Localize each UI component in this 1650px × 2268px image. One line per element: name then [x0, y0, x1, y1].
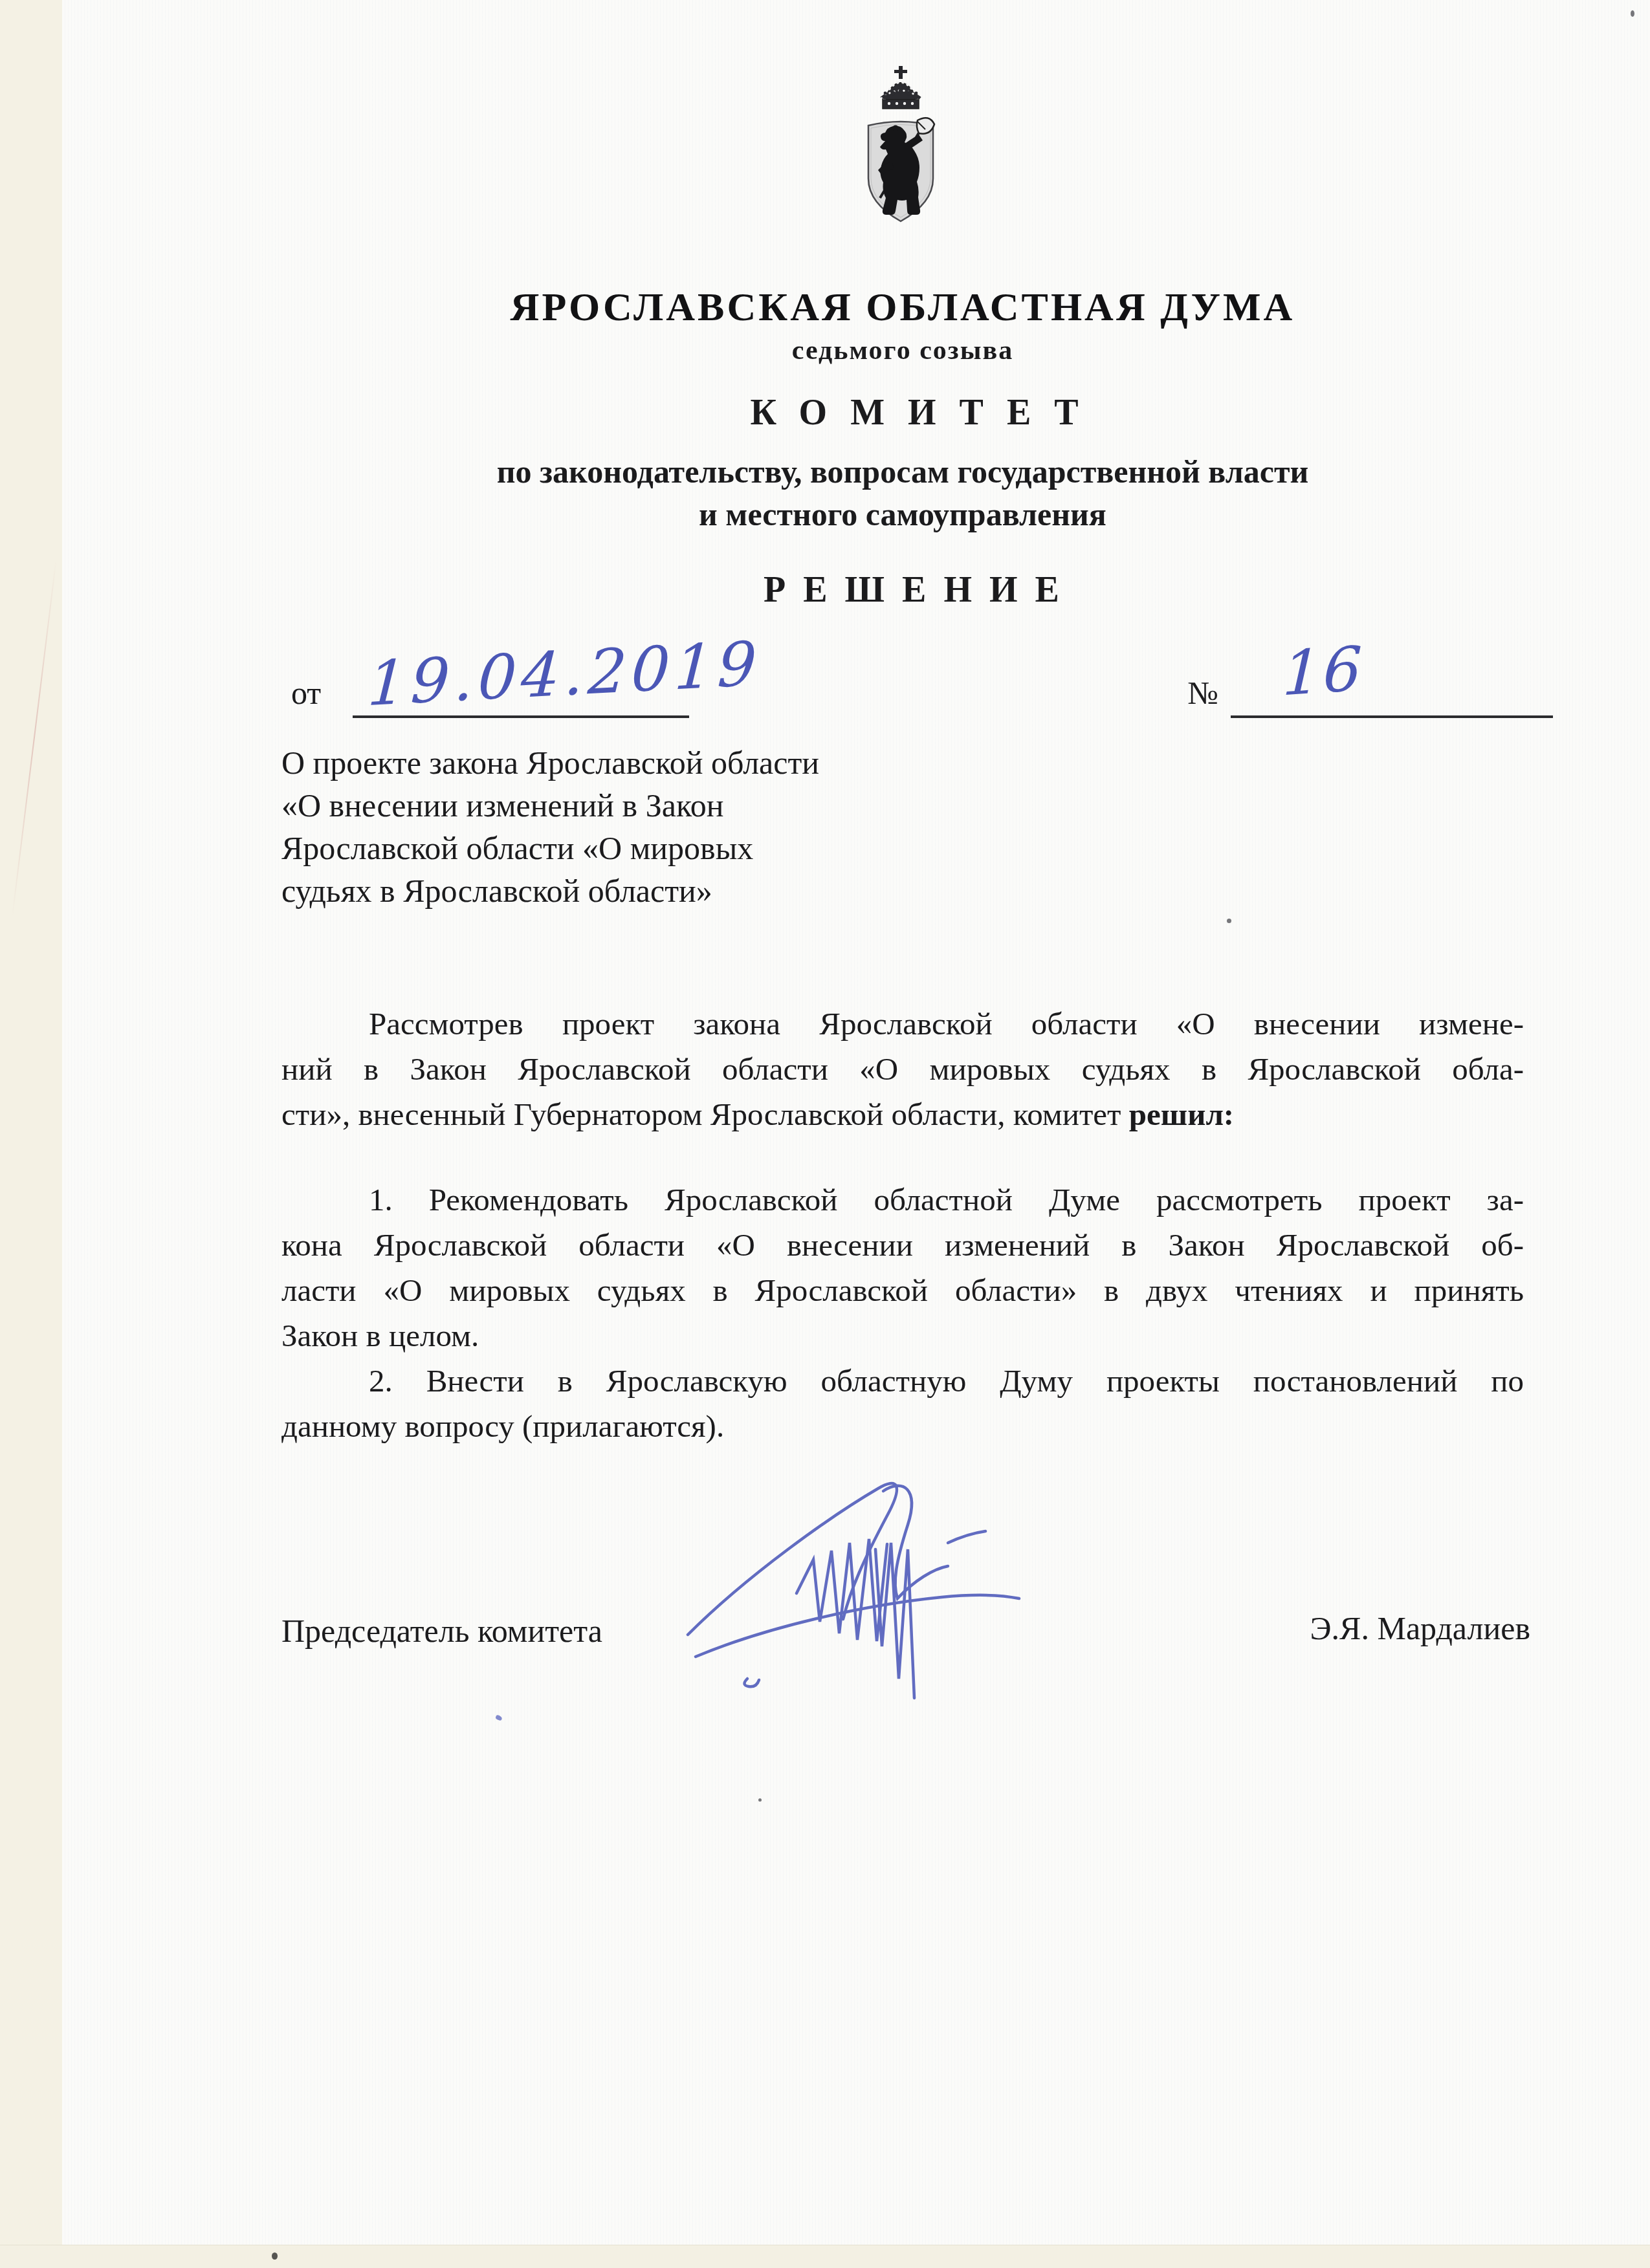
item1-line: ласти «О мировых судьях в Ярославской об… — [281, 1268, 1524, 1313]
committee-description-line2: и местного самоуправления — [281, 496, 1524, 533]
organization-title: ЯРОСЛАВСКАЯ ОБЛАСТНАЯ ДУМА — [281, 285, 1524, 331]
subject-line: Ярославской области «О мировых — [281, 827, 961, 869]
item1-line: Закон в целом. — [281, 1313, 1524, 1358]
scan-speck — [272, 2252, 278, 2260]
date-label: от — [291, 674, 321, 712]
body-line: Рассмотрев проект закона Ярославской обл… — [281, 1001, 1524, 1047]
yaroslavl-coat-of-arms-icon — [853, 65, 949, 232]
scan-speck — [495, 1714, 503, 1721]
signer-position-title: Председатель комитета — [281, 1612, 602, 1650]
handwritten-date: 19.04.2019 — [366, 629, 763, 720]
item2-line: 2. Внести в Ярославскую областную Думу п… — [281, 1358, 1524, 1404]
handwritten-number: 16 — [1281, 633, 1365, 710]
signer-name: Э.Я. Мардалиев — [1310, 1609, 1530, 1647]
document-type-heading: РЕШЕНИЕ — [281, 569, 1541, 611]
number-underline — [1231, 715, 1553, 718]
body-line: сти», внесенный Губернатором Ярославской… — [281, 1092, 1524, 1137]
scanner-edge-left — [0, 0, 62, 2268]
scanned-document-page: ЯРОСЛАВСКАЯ ОБЛАСТНАЯ ДУМА седьмого созы… — [0, 0, 1650, 2268]
number-label: № — [1187, 674, 1218, 712]
preamble-paragraph: Рассмотрев проект закона Ярославской обл… — [281, 1001, 1524, 1137]
handwritten-signature — [670, 1465, 1181, 1737]
item1-line: 1. Рекомендовать Ярославской областной Д… — [281, 1177, 1524, 1223]
subject-line: судьях в Ярославской области» — [281, 869, 961, 912]
committee-description-line1: по законодательству, вопросам государств… — [281, 453, 1524, 490]
resolved-keyword: решил: — [1129, 1096, 1234, 1132]
subject-line: О проекте закона Ярославской области — [281, 741, 961, 784]
subject-line: «О внесении изменений в Закон — [281, 784, 961, 827]
scan-speck — [758, 1798, 762, 1802]
body-line: ний в Закон Ярославской области «О миров… — [281, 1047, 1524, 1092]
convocation-subtitle: седьмого созыва — [281, 335, 1524, 366]
scan-speck — [1227, 919, 1231, 923]
scanner-edge-bottom — [0, 2245, 1650, 2268]
body-line-text: сти», внесенный Губернатором Ярославской… — [281, 1096, 1129, 1132]
scan-speck — [1631, 10, 1634, 17]
item1-line: кона Ярославской области «О внесении изм… — [281, 1223, 1524, 1268]
crown-icon — [881, 82, 920, 109]
crown-cross — [894, 66, 907, 79]
resolution-items: 1. Рекомендовать Ярославской областной Д… — [281, 1177, 1524, 1449]
item2-line: данному вопросу (прилагаются). — [281, 1404, 1524, 1449]
committee-heading: КОМИТЕТ — [281, 392, 1547, 433]
document-subject: О проекте закона Ярославской области «О … — [281, 741, 961, 912]
